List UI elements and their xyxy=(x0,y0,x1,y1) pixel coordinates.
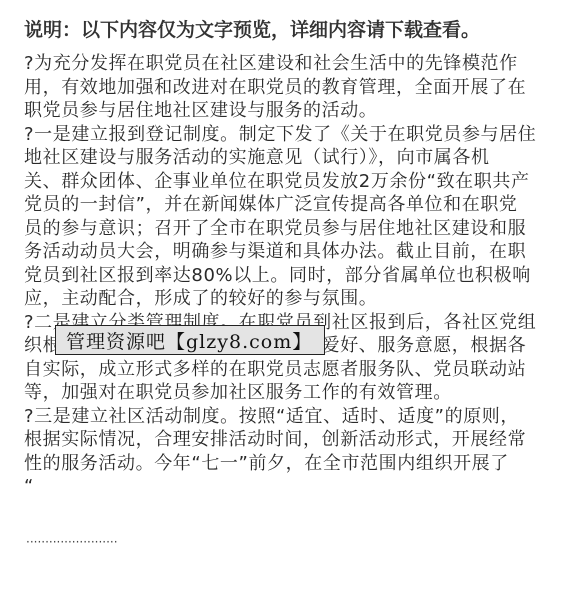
watermark-banner: 管理资源吧【glzy8.com】 xyxy=(55,325,325,355)
paragraph-line: 根据实际情况，合理安排活动时间，创新活动形式，开展经常 xyxy=(24,428,554,452)
paragraph-line: 用，有效地加强和改进对在职党员的教育管理，全面开展了在 xyxy=(24,76,554,100)
paragraph-line: 党员到社区报到率达80%以上。同时，部分省属单位也积极响 xyxy=(24,264,554,288)
preview-notice-title: 说明：以下内容仅为文字预览，详细内容请下载查看。 xyxy=(24,15,480,42)
paragraph-line: 地社区建设与服务活动的实施意见（试行）》，向市属各机 xyxy=(24,146,554,170)
paragraph-line: 关、群众团体、企事业单位在职党员发放2万余份“致在职共产 xyxy=(24,170,554,194)
paragraph-line: 应，主动配合，形成了的较好的参与氛围。 xyxy=(24,287,554,311)
paragraph-line: 员的参与意识；召开了全市在职党员参与居住地社区建设和服 xyxy=(24,217,554,241)
paragraph-line: 务活动动员大会，明确参与渠道和具体办法。截止目前，在职 xyxy=(24,240,554,264)
paragraph-line: “ xyxy=(24,475,554,499)
watermark-text: 管理资源吧【glzy8.com】 xyxy=(66,327,312,354)
document-preview-text: ?为充分发挥在职党员在社区建设和社会生活中的先锋模范作 用，有效地加强和改进对在… xyxy=(24,52,554,499)
truncation-ellipsis: ························ xyxy=(26,535,118,549)
paragraph-line: ?一是建立报到登记制度。制定下发了《关于在职党员参与居住 xyxy=(24,123,554,147)
paragraph-line: 等，加强对在职党员参加社区服务工作的有效管理。 xyxy=(24,381,554,405)
paragraph-line: 职党员参与居住地社区建设与服务的活动。 xyxy=(24,99,554,123)
paragraph-line: 自实际，成立形式多样的在职党员志愿者服务队、党员联动站 xyxy=(24,358,554,382)
paragraph-line: 性的服务活动。今年“七一”前夕，在全市范围内组织开展了 xyxy=(24,452,554,476)
paragraph-line: 党员的一封信”，并在新闻媒体广泛宣传提高各单位和在职党 xyxy=(24,193,554,217)
paragraph-line: ?为充分发挥在职党员在社区建设和社会生活中的先锋模范作 xyxy=(24,52,554,76)
paragraph-line: ?三是建立社区活动制度。按照“适宜、适时、适度”的原则， xyxy=(24,405,554,429)
